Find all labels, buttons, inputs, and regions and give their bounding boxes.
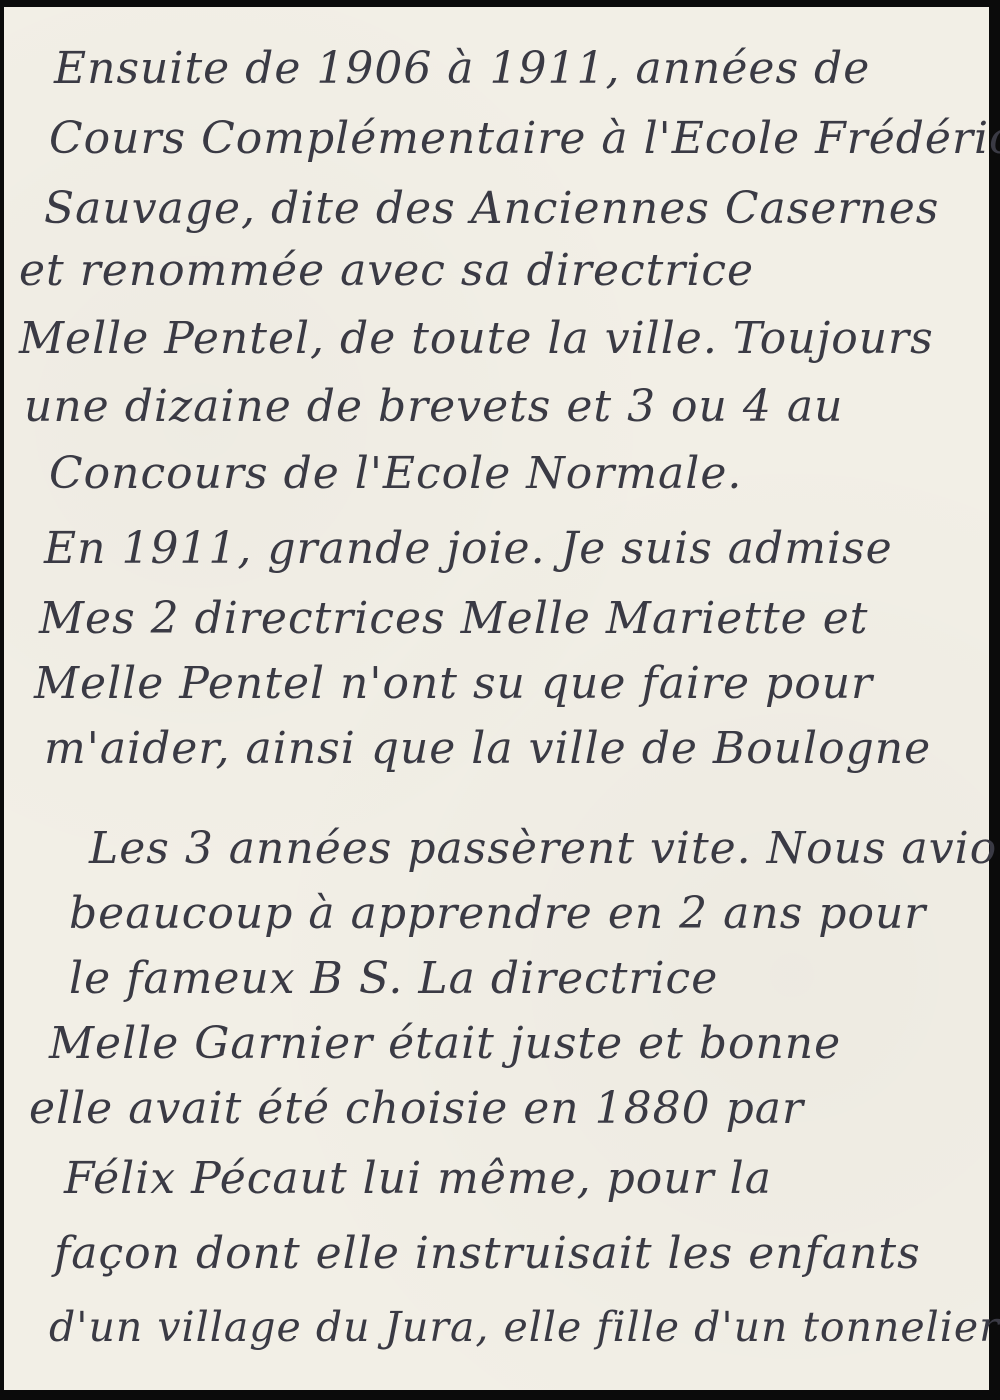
handwritten-line: En 1911, grande joie. Je suis admise [44,527,893,571]
handwritten-line: d'un village du Jura, elle fille d'un to… [49,1307,1000,1348]
handwritten-line: façon dont elle instruisait les enfants [54,1232,921,1276]
handwritten-line: Cours Complémentaire à l'Ecole Frédéric [49,117,1000,161]
handwritten-line: beaucoup à apprendre en 2 ans pour [69,892,926,936]
handwritten-line: une dizaine de brevets et 3 ou 4 au [24,385,843,429]
handwritten-line: Les 3 années passèrent vite. Nous avions [89,827,1000,871]
handwritten-line: Melle Pentel n'ont su que faire pour [34,662,873,706]
handwritten-line: Mes 2 directrices Melle Mariette et [39,597,868,641]
handwritten-line: Concours de l'Ecole Normale. [49,452,742,496]
handwritten-line: Melle Garnier était juste et bonne [49,1022,841,1066]
handwritten-line: elle avait été choisie en 1880 par [29,1087,804,1131]
handwritten-line: Melle Pentel, de toute la ville. Toujour… [19,317,934,361]
handwritten-line: Ensuite de 1906 à 1911, années de [54,47,870,91]
handwritten-line: et renommée avec sa directrice [19,249,754,293]
handwritten-line: Sauvage, dite des Anciennes Casernes [44,187,939,231]
letter-page: Ensuite de 1906 à 1911, années de Cours … [4,7,989,1390]
handwritten-line: Félix Pécaut lui même, pour la [64,1157,772,1201]
handwritten-line: m'aider, ainsi que la ville de Boulogne [44,727,931,771]
handwritten-line: le fameux B S. La directrice [69,957,718,1001]
